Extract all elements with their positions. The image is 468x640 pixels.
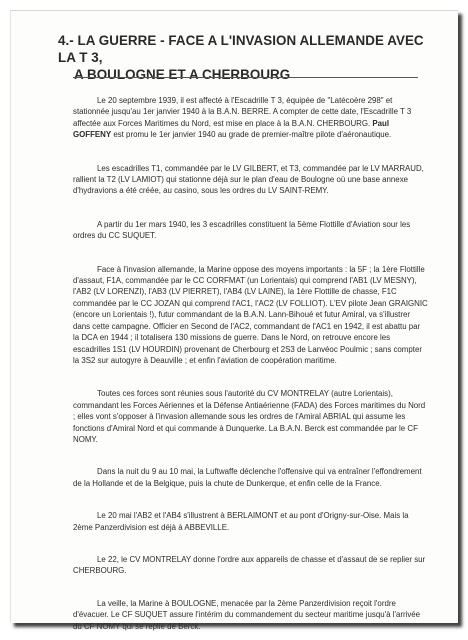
paragraph-5: Toutes ces forces sont réunies sous l'au…: [73, 388, 428, 445]
paragraph-1: Le 20 septembre 1939, il est affecté à l…: [73, 95, 428, 141]
paragraph-4: Face à l'invasion allemande, la Marine o…: [73, 264, 428, 367]
paragraph-6: Dans la nuit du 9 au 10 mai, la Luftwaff…: [73, 466, 428, 489]
chapter-title-line1: 4.- LA GUERRE - FACE A L'INVASION ALLEMA…: [58, 33, 424, 65]
paragraph-2: Les escadrilles T1, commandée par le LV …: [73, 163, 428, 197]
document-body: Le 20 septembre 1939, il est affecté à l…: [73, 95, 428, 632]
paragraph-1-text-b: est promu le 1er janvier 1940 au grade d…: [111, 130, 391, 139]
scanned-page: 4.- LA GUERRE - FACE A L'INVASION ALLEMA…: [10, 10, 458, 623]
title-divider: [73, 77, 418, 78]
paragraph-9: La veille, la Marine à BOULOGNE, menacée…: [73, 598, 428, 632]
chapter-title: 4.- LA GUERRE - FACE A L'INVASION ALLEMA…: [58, 32, 428, 83]
paragraph-8: Le 22, le CV MONTRELAY donne l'ordre aux…: [73, 554, 428, 577]
paragraph-3: A partir du 1er mars 1940, les 3 escadri…: [73, 219, 428, 242]
paragraph-1-text-a: Le 20 septembre 1939, il est affecté à l…: [73, 96, 411, 128]
paragraph-7: Le 20 mai l'AB2 et l'AB4 s'illustrent à …: [73, 510, 428, 533]
chapter-title-line2: A BOULOGNE ET A CHERBOURG: [58, 66, 428, 83]
